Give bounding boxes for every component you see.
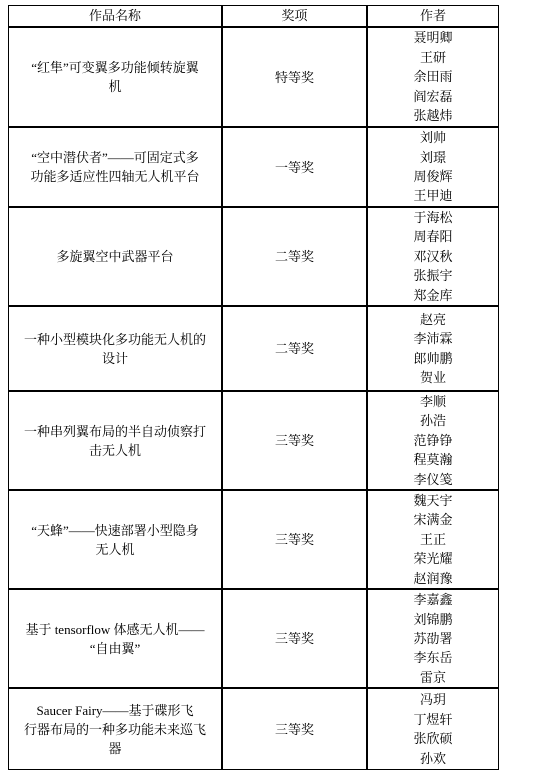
authors-cell: 李顺 孙浩 范铮铮 程莫瀚 李仪笺 <box>367 391 499 490</box>
award-cell: 三等奖 <box>222 589 367 688</box>
authors-cell: 李嘉鑫 刘锦鹏 苏劭署 李东岳 雷京 <box>367 589 499 688</box>
work-name-cell: 一种小型模块化多功能无人机的 设计 <box>8 306 222 391</box>
table-row: “天蜂”——快速部署小型隐身 无人机 三等奖 魏天宇 宋满金 王正 荣光耀 赵润… <box>8 490 499 589</box>
table-row: “空中潜伏者”——可固定式多 功能多适应性四轴无人机平台 一等奖 刘帅 刘璟 周… <box>8 127 499 207</box>
award-cell: 三等奖 <box>222 490 367 589</box>
work-name-cell: “天蜂”——快速部署小型隐身 无人机 <box>8 490 222 589</box>
table-row: 一种小型模块化多功能无人机的 设计 二等奖 赵亮 李沛霖 郎帅鹏 贺业 <box>8 306 499 391</box>
award-cell: 三等奖 <box>222 391 367 490</box>
column-header-authors: 作者 <box>367 5 499 27</box>
table-row: 一种串列翼布局的半自动侦察打 击无人机 三等奖 李顺 孙浩 范铮铮 程莫瀚 李仪… <box>8 391 499 490</box>
page: 作品名称 奖项 作者 “红隼”可变翼多功能倾转旋翼 机 特等奖 聂明卿 王研 余… <box>0 0 534 753</box>
authors-cell: 刘帅 刘璟 周俊辉 王甲迪 <box>367 127 499 207</box>
work-name-cell: Saucer Fairy——基于碟形飞 行器布局的一种多功能未来巡飞 器 <box>8 688 222 770</box>
awards-table: 作品名称 奖项 作者 “红隼”可变翼多功能倾转旋翼 机 特等奖 聂明卿 王研 余… <box>8 5 499 770</box>
column-header-work-name: 作品名称 <box>8 5 222 27</box>
award-cell: 一等奖 <box>222 127 367 207</box>
table-row: 多旋翼空中武器平台 二等奖 于海松 周春阳 邓汉秋 张振宇 郑金库 <box>8 207 499 306</box>
award-cell: 二等奖 <box>222 306 367 391</box>
award-cell: 二等奖 <box>222 207 367 306</box>
work-name-cell: 基于 tensorflow 体感无人机—— “自由翼” <box>8 589 222 688</box>
table-row: “红隼”可变翼多功能倾转旋翼 机 特等奖 聂明卿 王研 余田雨 阎宏磊 张越炜 <box>8 27 499 127</box>
authors-cell: 冯玥 丁煜轩 张欣硕 孙欢 <box>367 688 499 770</box>
award-cell: 特等奖 <box>222 27 367 127</box>
authors-cell: 赵亮 李沛霖 郎帅鹏 贺业 <box>367 306 499 391</box>
authors-cell: 聂明卿 王研 余田雨 阎宏磊 张越炜 <box>367 27 499 127</box>
work-name-cell: 一种串列翼布局的半自动侦察打 击无人机 <box>8 391 222 490</box>
work-name-cell: “红隼”可变翼多功能倾转旋翼 机 <box>8 27 222 127</box>
authors-cell: 魏天宇 宋满金 王正 荣光耀 赵润豫 <box>367 490 499 589</box>
authors-cell: 于海松 周春阳 邓汉秋 张振宇 郑金库 <box>367 207 499 306</box>
award-cell: 三等奖 <box>222 688 367 770</box>
table-row: Saucer Fairy——基于碟形飞 行器布局的一种多功能未来巡飞 器 三等奖… <box>8 688 499 770</box>
table-row: 基于 tensorflow 体感无人机—— “自由翼” 三等奖 李嘉鑫 刘锦鹏 … <box>8 589 499 688</box>
column-header-award: 奖项 <box>222 5 367 27</box>
work-name-cell: “空中潜伏者”——可固定式多 功能多适应性四轴无人机平台 <box>8 127 222 207</box>
work-name-cell: 多旋翼空中武器平台 <box>8 207 222 306</box>
header-row: 作品名称 奖项 作者 <box>8 5 499 27</box>
